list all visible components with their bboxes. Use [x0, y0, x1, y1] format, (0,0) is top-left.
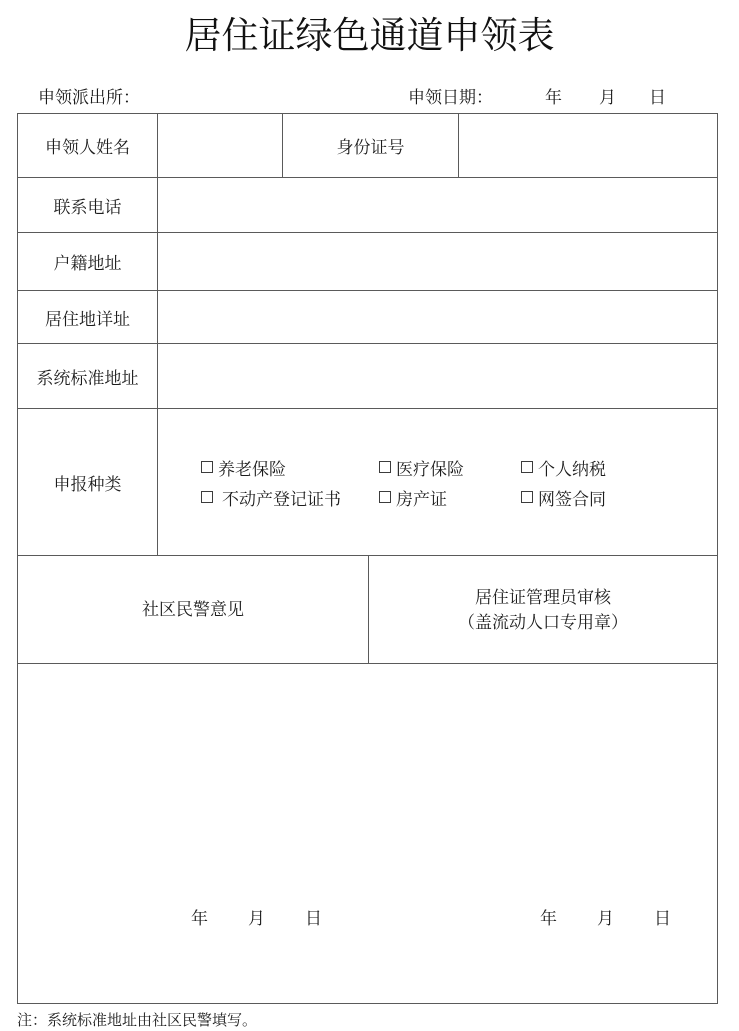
- option-real-estate-certificate[interactable]: 不动产登记证书: [201, 485, 379, 510]
- meta-row: 申领派出所： 申领日期： 年 月 日: [38, 83, 718, 105]
- admin-review-title-line1: 居住证管理员审核: [475, 585, 611, 610]
- checkbox-row-2: 不动产登记证书 房产证 网签合同: [201, 485, 717, 510]
- option-personal-tax[interactable]: 个人纳税: [521, 455, 717, 480]
- declaration-type-label: 申报种类: [18, 409, 158, 555]
- option-pension-insurance[interactable]: 养老保险: [201, 455, 379, 480]
- option-property-certificate[interactable]: 房产证: [379, 485, 521, 510]
- checkbox-icon[interactable]: [379, 491, 391, 503]
- police-signature-date-line: 年 月 日: [191, 904, 322, 929]
- option-label: 养老保险: [218, 455, 286, 480]
- option-online-contract[interactable]: 网签合同: [521, 485, 717, 510]
- admin-signature-date-line: 年 月 日: [540, 904, 671, 929]
- checkbox-icon[interactable]: [521, 491, 533, 503]
- day-label: 日: [305, 904, 322, 929]
- apply-date-month-label: 月: [599, 83, 616, 108]
- table-row-residence-address: 居住地详址: [18, 291, 717, 344]
- table-row-system-address: 系统标准地址: [18, 344, 717, 409]
- year-label: 年: [540, 904, 557, 929]
- phone-label: 联系电话: [18, 178, 158, 232]
- table-row-review-headers: 社区民警意见 居住证管理员审核 （盖流动人口专用章）: [18, 556, 717, 664]
- household-address-label: 户籍地址: [18, 233, 158, 290]
- apply-date-year-label: 年: [545, 83, 562, 108]
- police-opinion-header: 社区民警意见: [18, 556, 369, 663]
- police-opinion-title: 社区民警意见: [142, 597, 244, 622]
- footer-note: 注：系统标准地址由社区民警填写。: [17, 1009, 257, 1030]
- checkbox-icon[interactable]: [201, 491, 213, 503]
- year-label: 年: [191, 904, 208, 929]
- apply-date-day-label: 日: [649, 83, 666, 108]
- checkbox-icon[interactable]: [201, 461, 213, 473]
- month-label: 月: [248, 904, 265, 929]
- admin-review-header: 居住证管理员审核 （盖流动人口专用章）: [369, 556, 717, 663]
- table-row-name-id: 申领人姓名 身份证号: [18, 114, 717, 178]
- option-label: 网签合同: [538, 485, 606, 510]
- system-address-field[interactable]: [158, 344, 717, 408]
- checkbox-icon[interactable]: [379, 461, 391, 473]
- phone-field[interactable]: [158, 178, 717, 232]
- admin-review-title-line2: （盖流动人口专用章）: [458, 610, 628, 635]
- table-row-household-address: 户籍地址: [18, 233, 717, 291]
- day-label: 日: [654, 904, 671, 929]
- month-label: 月: [597, 904, 614, 929]
- police-station-label: 申领派出所：: [38, 83, 140, 108]
- declaration-type-options: 养老保险 医疗保险 个人纳税 不动产登记证书: [158, 409, 717, 555]
- table-row-phone: 联系电话: [18, 178, 717, 233]
- application-form-table: 申领人姓名 身份证号 联系电话 户籍地址 居住地详址 系统标准地址 申报种类: [17, 113, 718, 1004]
- checkbox-row-1: 养老保险 医疗保险 个人纳税: [201, 455, 717, 480]
- checkbox-icon[interactable]: [521, 461, 533, 473]
- id-number-label: 身份证号: [283, 114, 459, 177]
- page-title: 居住证绿色通道申领表: [0, 5, 739, 59]
- option-medical-insurance[interactable]: 医疗保险: [379, 455, 521, 480]
- residence-address-field[interactable]: [158, 291, 717, 343]
- option-label: 个人纳税: [538, 455, 606, 480]
- applicant-name-field[interactable]: [158, 114, 283, 177]
- residence-address-label: 居住地详址: [18, 291, 158, 343]
- option-label: 房产证: [396, 485, 447, 510]
- table-row-declaration-type: 申报种类 养老保险 医疗保险 个人纳税: [18, 409, 717, 556]
- apply-date-label: 申领日期：: [408, 83, 493, 108]
- option-label: 医疗保险: [396, 455, 464, 480]
- applicant-name-label: 申领人姓名: [18, 114, 158, 177]
- household-address-field[interactable]: [158, 233, 717, 290]
- option-label: 不动产登记证书: [222, 485, 341, 510]
- system-address-label: 系统标准地址: [18, 344, 158, 408]
- id-number-field[interactable]: [459, 114, 717, 177]
- form-page: 居住证绿色通道申领表 申领派出所： 申领日期： 年 月 日 申领人姓名 身份证号…: [0, 0, 739, 1031]
